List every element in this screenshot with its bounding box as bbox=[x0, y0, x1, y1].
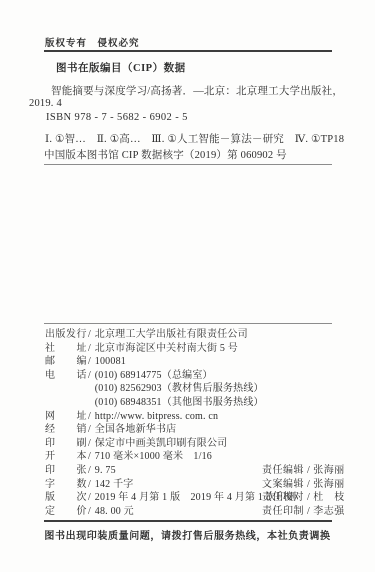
colophon-value: 100081 bbox=[95, 356, 126, 367]
slash-separator: / bbox=[88, 423, 91, 437]
colophon-value: 保定市中画美凯印刷有限公司 bbox=[95, 438, 228, 449]
colophon-row: 印 刷/保定市中画美凯印刷有限公司 bbox=[45, 437, 370, 451]
slash-separator: / bbox=[88, 505, 91, 519]
colophon-value: http://www. bitpress. com. cn bbox=[95, 411, 218, 422]
colophon-label: 网 址 bbox=[45, 410, 86, 424]
colophon-value: 142 千字 bbox=[95, 479, 134, 490]
colophon-label: 印 张 bbox=[45, 464, 86, 478]
colophon-row: 版 次/2019 年 4 月第 1 版 2019 年 4 月第 1 次印刷责任校… bbox=[45, 491, 370, 505]
colophon-label: 印 刷 bbox=[45, 437, 86, 451]
colophon-label: 出版发行 bbox=[45, 328, 86, 342]
colophon-row: 字 数/142 千字文案编辑 / 张海丽 bbox=[45, 478, 370, 492]
colophon-row: 印 张/9. 75责任编辑 / 张海丽 bbox=[45, 464, 370, 478]
staff-credit: 责任印制 / 李志强 bbox=[262, 505, 345, 519]
colophon-row: 电 话/(010) 68914775（总编室） bbox=[45, 369, 370, 383]
isbn-number: ISBN 978 - 7 - 5682 - 6902 - 5 bbox=[46, 112, 188, 123]
cip-entry-title-line: 智能摘要与深度学习/高扬著．—北京：北京理工大学出版社， bbox=[51, 83, 343, 98]
cip-record-number-line: 中国版本图书馆 CIP 数据核字（2019）第 060902 号 bbox=[44, 147, 287, 162]
slash-separator: / bbox=[88, 342, 91, 356]
quality-notice: 图书出现印装质量问题，请拨打售后服务热线，本社负责调换 bbox=[0, 527, 375, 542]
colophon-label: 版 次 bbox=[45, 491, 86, 505]
colophon-row: 开 本/710 毫米×1000 毫米 1/16 bbox=[45, 450, 370, 464]
colophon-label: 社 址 bbox=[45, 342, 86, 356]
colophon-label: 字 数 bbox=[45, 478, 86, 492]
divider-bottom bbox=[44, 520, 332, 522]
colophon-label: 经 销 bbox=[45, 423, 86, 437]
colophon-value: (010) 68948351（其他图书服务热线） bbox=[95, 397, 264, 408]
colophon-row: /(010) 68948351（其他图书服务热线） bbox=[45, 396, 370, 410]
cip-classification-line: Ⅰ. ①智… Ⅱ. ①高… Ⅲ. ①人工智能－算法－研究 Ⅳ. ①TP18 bbox=[45, 131, 344, 146]
colophon-value: 北京市海淀区中关村南大街 5 号 bbox=[95, 343, 238, 354]
colophon-row: 邮 编/100081 bbox=[45, 355, 370, 369]
divider-above-colophon bbox=[44, 323, 332, 324]
colophon-value: (010) 82562903（教材售后服务热线） bbox=[95, 383, 264, 394]
book-copyright-page: 版权专有 侵权必究 图书在版编目（CIP）数据 智能摘要与深度学习/高扬著．—北… bbox=[0, 0, 375, 572]
colophon-value: 710 毫米×1000 毫米 1/16 bbox=[95, 451, 212, 462]
colophon-value: 北京理工大学出版社有限责任公司 bbox=[95, 329, 248, 340]
colophon-row: 经 销/全国各地新华书店 bbox=[45, 423, 370, 437]
slash-separator: / bbox=[88, 410, 91, 424]
colophon-value: 9. 75 bbox=[95, 465, 116, 476]
copyright-notice: 版权专有 侵权必究 bbox=[45, 35, 140, 49]
slash-separator: / bbox=[88, 450, 91, 464]
colophon-value: 48. 00 元 bbox=[95, 506, 134, 517]
colophon-value: 全国各地新华书店 bbox=[95, 424, 177, 435]
colophon-label: 邮 编 bbox=[45, 355, 86, 369]
colophon-block: 出版发行/北京理工大学出版社有限责任公司社 址/北京市海淀区中关村南大街 5 号… bbox=[45, 328, 370, 518]
slash-separator: / bbox=[88, 355, 91, 369]
colophon-label: 电 话 bbox=[45, 369, 86, 383]
colophon-row: 网 址/http://www. bitpress. com. cn bbox=[45, 410, 370, 424]
slash-separator: / bbox=[88, 478, 91, 492]
slash-separator: / bbox=[88, 328, 91, 342]
slash-separator: / bbox=[88, 437, 91, 451]
cip-entry-year-line: 2019. 4 bbox=[29, 98, 62, 109]
colophon-row: 定 价/48. 00 元责任印制 / 李志强 bbox=[45, 505, 370, 519]
staff-credit: 文案编辑 / 张海丽 bbox=[262, 478, 345, 492]
slash-separator: / bbox=[88, 369, 91, 383]
cip-heading: 图书在版编目（CIP）数据 bbox=[56, 60, 186, 75]
colophon-label: 定 价 bbox=[45, 505, 86, 519]
slash-separator: / bbox=[88, 491, 91, 505]
divider-top bbox=[44, 50, 332, 52]
colophon-value: (010) 68914775（总编室） bbox=[95, 370, 213, 381]
slash-separator: / bbox=[88, 464, 91, 478]
colophon-row: 出版发行/北京理工大学出版社有限责任公司 bbox=[45, 328, 370, 342]
colophon-row: 社 址/北京市海淀区中关村南大街 5 号 bbox=[45, 342, 370, 356]
staff-credit: 责任校对 / 杜 枝 bbox=[262, 491, 345, 505]
colophon-label: 开 本 bbox=[45, 450, 86, 464]
divider-under-cip bbox=[44, 164, 332, 165]
colophon-row: /(010) 82562903（教材售后服务热线） bbox=[45, 382, 370, 396]
staff-credit: 责任编辑 / 张海丽 bbox=[262, 464, 345, 478]
